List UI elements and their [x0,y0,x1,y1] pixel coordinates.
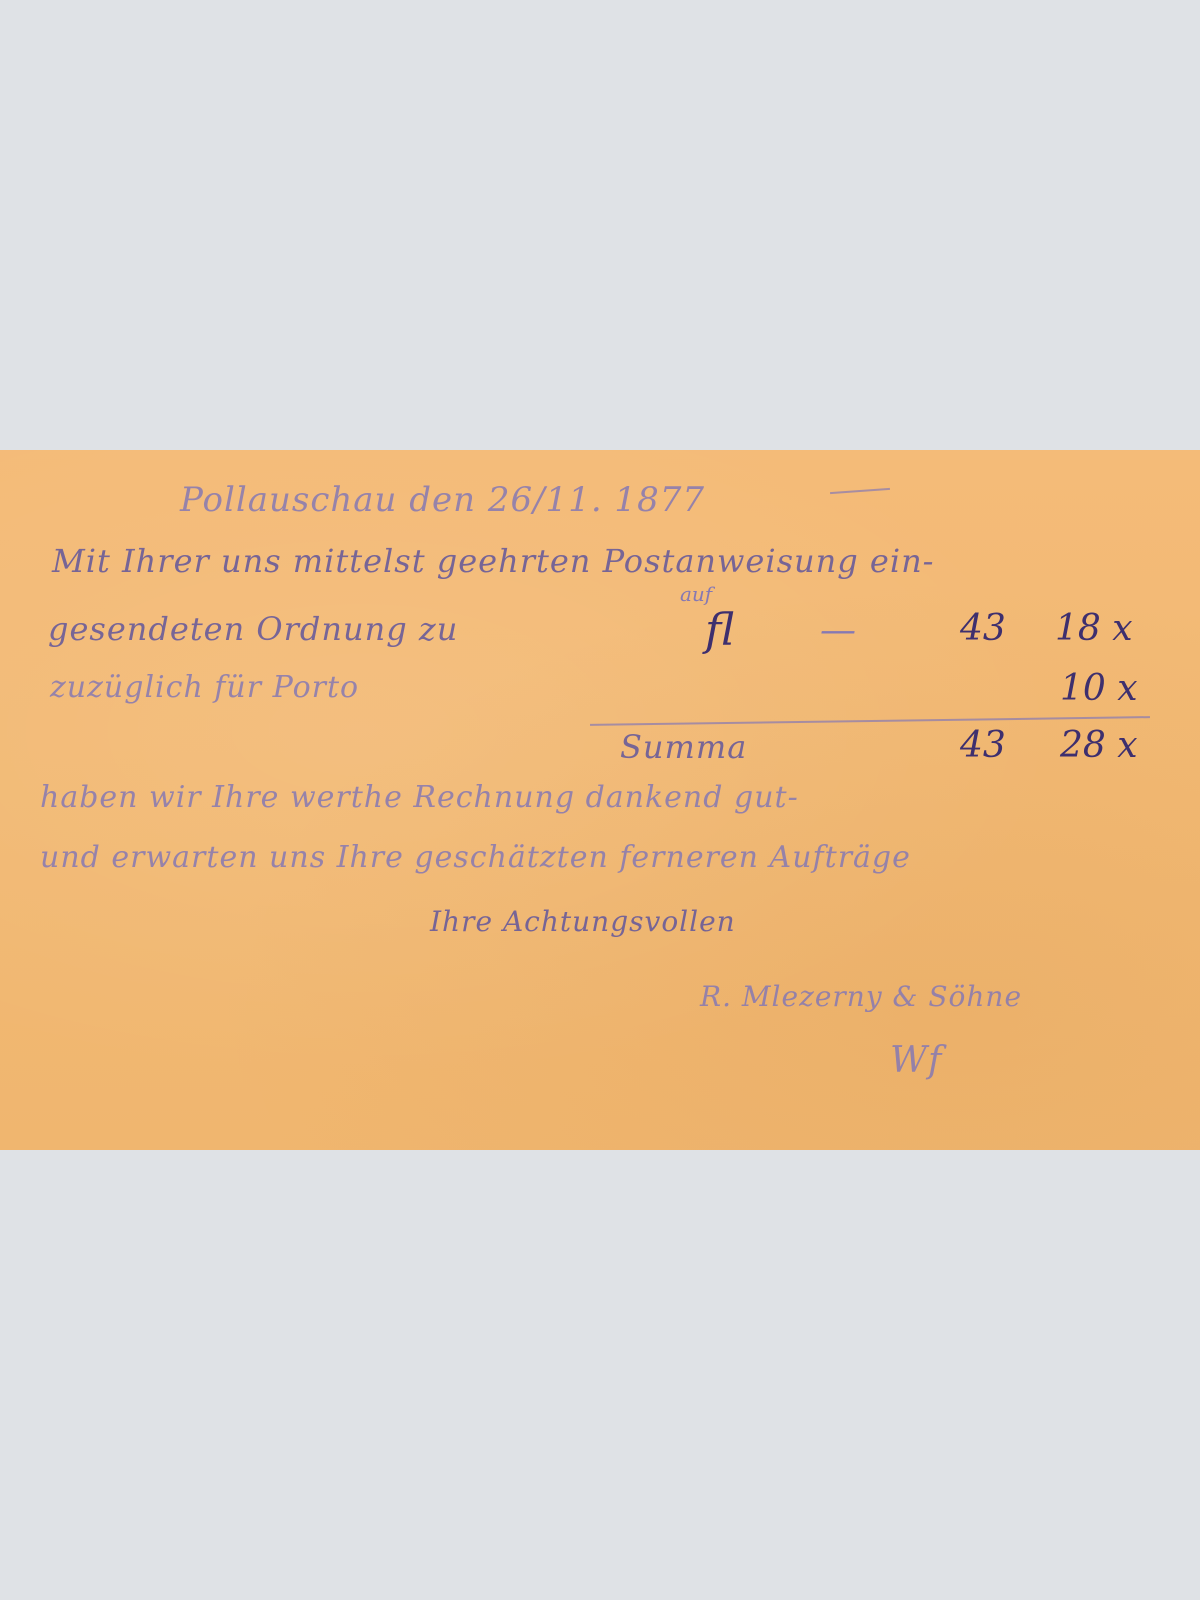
text-line-4: haben wir Ihre werthe Rechnung dankend g… [40,780,799,815]
signature: R. Mlezerny & Söhne [700,980,1022,1013]
text-line-1: Mit Ihrer uns mittelst geehrten Postanwe… [52,542,934,580]
currency-symbol: fl [705,605,734,656]
amount-porto: 10 x [1060,668,1138,709]
amount-florins-1: 43 [960,608,1006,649]
closing-line: Ihre Achtungsvollen [430,905,736,938]
text-line-3: zuzüglich für Porto [50,670,359,705]
amount-dash: — [820,610,856,651]
place-date-line: Pollauschau den 26/11. 1877 [180,480,705,520]
text-line-5: und erwarten uns Ihre geschätzten ferner… [40,840,911,875]
postcard: Pollauschau den 26/11. 1877 Mit Ihrer un… [0,450,1200,1150]
date-underline [830,488,890,494]
summe-label: Summa [620,728,747,766]
amount-total-florins: 43 [960,725,1006,766]
text-line-2: gesendeten Ordnung zu [48,610,458,648]
amount-kreuzer-1: 18 x [1055,608,1133,649]
amount-note: auf [680,582,712,606]
initials: Wf [890,1040,942,1081]
amount-total-kreuzer: 28 x [1060,725,1138,766]
